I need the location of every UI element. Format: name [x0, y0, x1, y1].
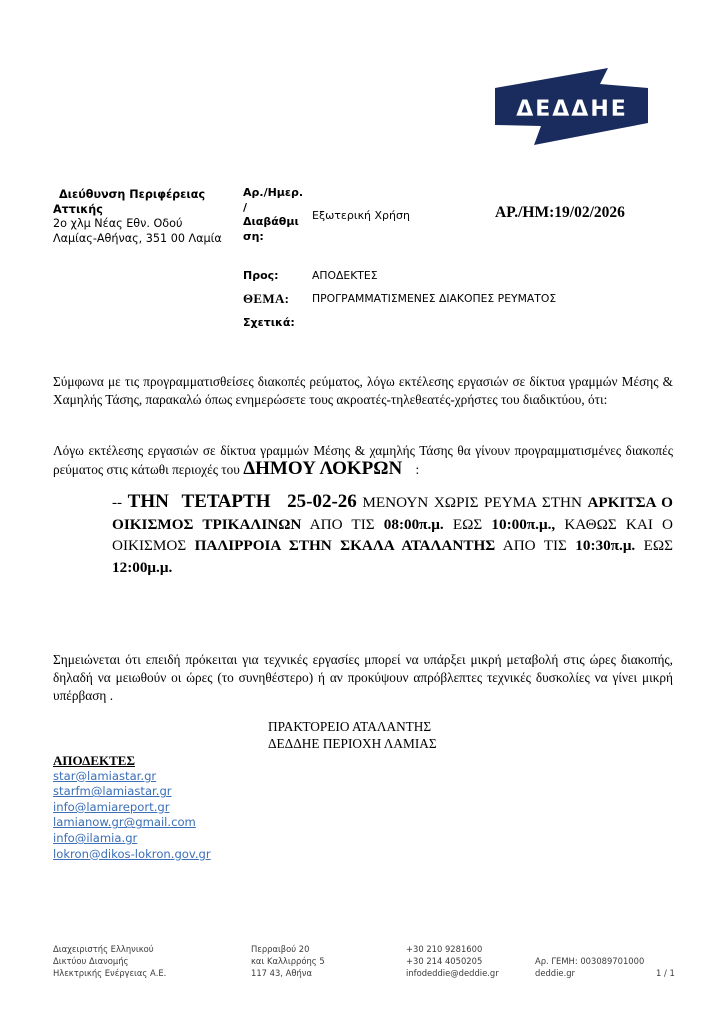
footer-registry: Αρ. ΓΕΜΗ: 003089701000 deddie.gr: [535, 955, 644, 979]
reference-date: ΑΡ./ΗΜ:19/02/2026: [495, 204, 625, 222]
recipients-list: ΑΠΟΔΕΚΤΕΣ star@lamiastar.gr starfm@lamia…: [53, 753, 211, 862]
footer-address: Περραιβού 20 και Καλλιρρόης 5 117 43, Αθ…: [251, 943, 325, 979]
footer-company: Διαχειριστής Ελληνικού Δικτύου Διανομής …: [53, 943, 166, 979]
sender-department: Διεύθυνση Περιφέρειας: [53, 188, 243, 203]
announcement-text: ΜΕΝΟΥΝ ΧΩΡΙΣ ΡΕΥΜΑ ΣΤΗΝ: [357, 494, 588, 511]
footer-company-line: Διαχειριστής Ελληνικού: [53, 943, 166, 955]
classification: Εξωτερική Χρήση: [312, 209, 410, 222]
outage-intro-paragraph: Λόγω εκτέλεσης εργασιών σε δίκτυα γραμμώ…: [53, 442, 673, 479]
outage-time-2-to: 12:00μ.μ.: [112, 559, 172, 576]
announcement-text: ΕΩΣ: [635, 537, 673, 554]
outage-location-2: ΠΑΛΙΡΡΟΙΑ ΣΤΗΝ ΣΚΑΛΑ ΑΤΑΛΑΝΤΗΣ: [195, 537, 496, 554]
ref-label-line: Αρ./Ημερ.: [243, 186, 309, 201]
footer-gemi-number: Αρ. ΓΕΜΗ: 003089701000: [535, 955, 644, 967]
intro-paragraph: Σύμφωνα με τις προγραμματισθείσες διακοπ…: [53, 373, 673, 409]
outage-time-1-to: 10:00π.μ.,: [491, 516, 555, 533]
outage-time-2-from: 10:30π.μ.: [575, 537, 635, 554]
sender-street: 2ο χλμ Νέας Εθν. Οδού: [53, 217, 243, 232]
announcement-text: ΑΠΟ ΤΙΣ: [301, 516, 383, 533]
recipient-email-link[interactable]: info@lamiareport.gr: [53, 800, 211, 816]
footer-company-line: Δικτύου Διανομής: [53, 955, 166, 967]
footer-address-line: Περραιβού 20: [251, 943, 325, 955]
signature-area: ΔΕΔΔΗΕ ΠΕΡΙΟΧΗ ΛΑΜΙΑΣ: [268, 735, 437, 752]
announcement-dash: --: [112, 494, 128, 511]
footer-contact: +30 210 9281600 +30 214 4050205 infodedd…: [406, 943, 499, 979]
outage-time-1-from: 08:00π.μ.: [384, 516, 444, 533]
announcement-text: ΕΩΣ: [444, 516, 492, 533]
outage-intro-colon: :: [402, 462, 419, 477]
svg-text:ΔΕΔΔΗΕ: ΔΕΔΔΗΕ: [516, 97, 628, 122]
footer-address-line: 117 43, Αθήνα: [251, 967, 325, 979]
sender-city: Λαμίας-Αθήνας, 351 00 Λαμία: [53, 232, 243, 247]
recipient-email-link[interactable]: info@ilamia.gr: [53, 831, 211, 847]
recipients-title: ΑΠΟΔΕΚΤΕΣ: [53, 753, 211, 769]
note-paragraph: Σημειώνεται ότι επειδή πρόκειται για τεχ…: [53, 651, 673, 705]
recipient-email-link[interactable]: lamianow.gr@gmail.com: [53, 815, 211, 831]
footer-address-line: και Καλλιρρόης 5: [251, 955, 325, 967]
recipient-email-link[interactable]: lokron@dikos-lokron.gov.gr: [53, 847, 211, 863]
related-label: Σχετικά:: [243, 316, 295, 329]
announcement-text: ΑΠΟ ΤΙΣ: [495, 537, 575, 554]
ref-label-line: /: [243, 201, 309, 216]
ref-label-line: Διαβάθμι: [243, 215, 309, 230]
footer-website: deddie.gr: [535, 967, 644, 979]
to-label: Προς:: [243, 269, 279, 282]
signature-block: ΠΡΑΚΤΟΡΕΙΟ ΑΤΑΛΑΝΤΗΣ ΔΕΔΔΗΕ ΠΕΡΙΟΧΗ ΛΑΜΙ…: [268, 718, 437, 752]
ref-label: Αρ./Ημερ. / Διαβάθμι ση:: [243, 186, 309, 244]
sender-region: Αττικής: [53, 203, 243, 218]
outage-announcement: -- ΤΗΝ ΤΕΤΑΡΤΗ 25-02-26 ΜΕΝΟΥΝ ΧΩΡΙΣ ΡΕΥ…: [112, 491, 673, 578]
outage-date: 25-02-26: [287, 491, 357, 512]
footer-email: infodeddie@deddie.gr: [406, 967, 499, 979]
deddie-logo: ΔΕΔΔΗΕ: [494, 66, 650, 148]
ref-label-line: ση:: [243, 230, 309, 245]
to-value: ΑΠΟΔΕΚΤΕΣ: [312, 269, 378, 282]
footer-phone: +30 214 4050205: [406, 955, 499, 967]
outage-day: ΤΗΝ ΤΕΤΑΡΤΗ: [128, 491, 271, 512]
page-number: 1 / 1: [656, 967, 675, 979]
footer-phone: +30 210 9281600: [406, 943, 499, 955]
subject-label: ΘΕΜΑ:: [243, 291, 289, 307]
municipality-name: ΔΗΜΟΥ ΛΟΚΡΩΝ: [243, 458, 402, 479]
logo-shape-icon: ΔΕΔΔΗΕ: [494, 66, 650, 148]
signature-office: ΠΡΑΚΤΟΡΕΙΟ ΑΤΑΛΑΝΤΗΣ: [268, 718, 437, 735]
recipient-email-link[interactable]: star@lamiastar.gr: [53, 769, 211, 785]
subject-value: ΠΡΟΓΡΑΜΜΑΤΙΣΜΕΝΕΣ ΔΙΑΚΟΠΕΣ ΡΕΥΜΑΤΟΣ: [312, 292, 556, 305]
sender-address: Διεύθυνση Περιφέρειας Αττικής 2ο χλμ Νέα…: [53, 188, 243, 246]
footer-company-line: Ηλεκτρικής Ενέργειας Α.Ε.: [53, 967, 166, 979]
recipient-email-link[interactable]: starfm@lamiastar.gr: [53, 784, 211, 800]
